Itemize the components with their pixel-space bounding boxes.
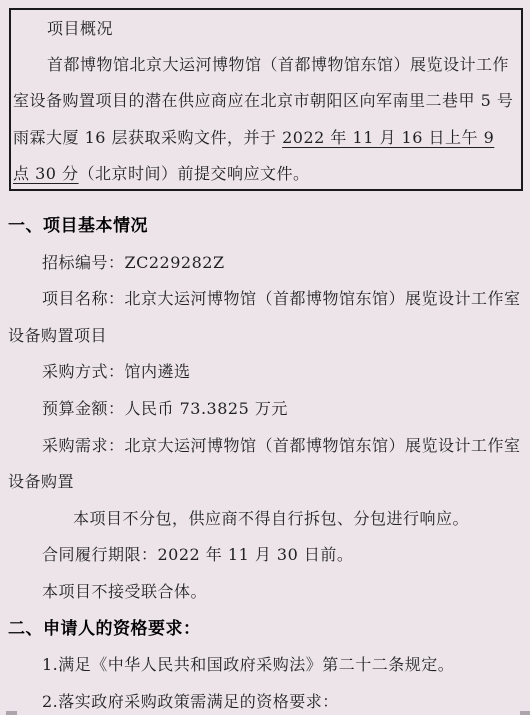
bottom-left-fragment (6, 711, 17, 715)
procurement-requirement: 采购需求：北京大运河博物馆（首都博物馆东馆）展览设计工作室设备购置 (8, 428, 523, 501)
overview-title: 项目概况 (13, 11, 516, 47)
procurement-method: 采购方式：馆内遴选 (8, 354, 523, 391)
qualification-item-2: 2.落实政府采购政策需满足的资格要求： (8, 684, 523, 715)
section-2-heading: 二、申请人的资格要求： (8, 611, 523, 648)
contract-period: 合同履行期限：2022 年 11 月 30 日前。 (8, 537, 523, 574)
bottom-right-fragment (520, 711, 530, 715)
overview-body-post: （北京时间）前提交响应文件。 (79, 164, 310, 183)
budget-amount: 预算金额：人民币 73.3825 万元 (8, 391, 523, 428)
no-consortium-note: 本项目不接受联合体。 (8, 574, 523, 611)
section-1-heading: 一、项目基本情况 (8, 208, 523, 245)
qualification-item-1: 1.满足《中华人民共和国政府采购法》第二十二条规定。 (8, 647, 523, 684)
procurement-announcement-page: { "colors": { "page_background": "#ECE4E… (0, 0, 530, 715)
project-name: 项目名称：北京大运河博物馆（首都博物馆东馆）展览设计工作室设备购置项目 (8, 281, 523, 354)
project-overview-box: 项目概况 首都博物馆北京大运河博物馆（首都博物馆东馆）展览设计工作室设备购置项目… (9, 8, 523, 191)
no-subcontract-note: 本项目不分包，供应商不得自行拆包、分包进行响应。 (8, 501, 523, 538)
overview-body: 首都博物馆北京大运河博物馆（首都博物馆东馆）展览设计工作室设备购置项目的潜在供应… (13, 47, 516, 191)
announcement-body: 一、项目基本情况 招标编号：ZC229282Z 项目名称：北京大运河博物馆（首都… (0, 208, 530, 715)
tender-number: 招标编号：ZC229282Z (8, 245, 523, 282)
